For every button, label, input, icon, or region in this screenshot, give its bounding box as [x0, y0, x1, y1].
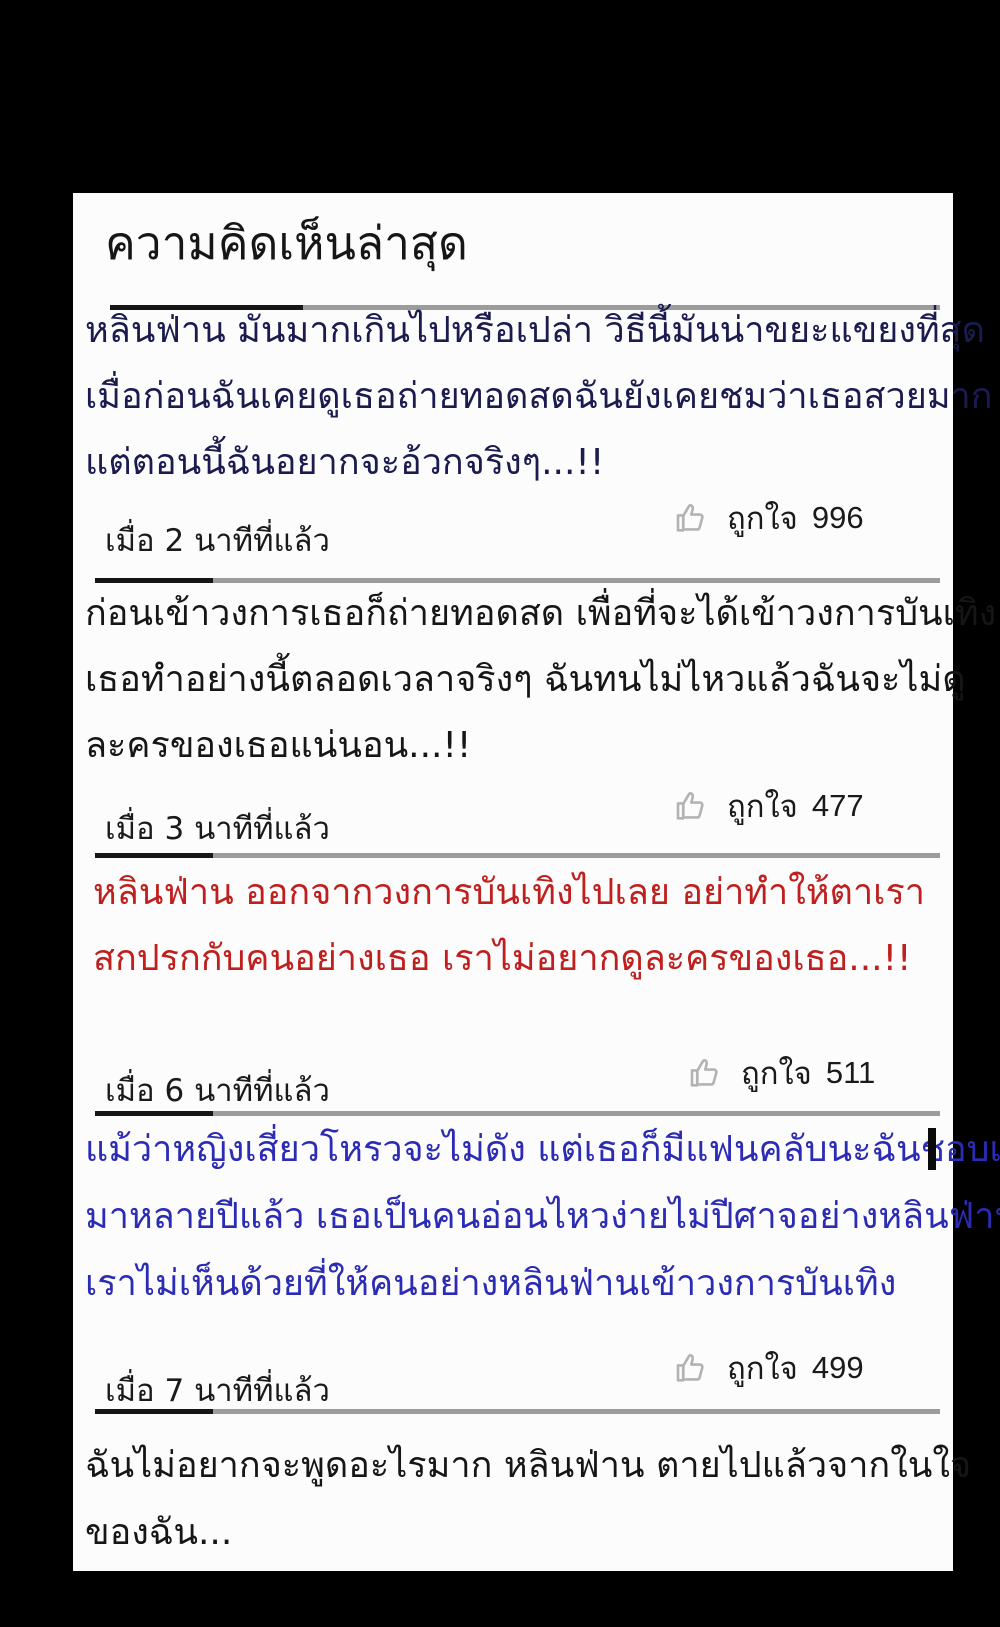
like-button[interactable]: ถูกใจ 511 [685, 1048, 875, 1098]
comment-line: ฉันไม่อยากจะพูดอะไรมาก หลินฟ่าน ตายไปแล้… [85, 1432, 945, 1499]
thumbs-up-icon [685, 1052, 727, 1094]
page-title: ความคิดเห็นล่าสุด [105, 207, 468, 280]
like-count: 511 [826, 1055, 875, 1091]
thumbs-up-icon [671, 1347, 713, 1389]
comment-divider [95, 1409, 940, 1414]
comment-line: เมื่อก่อนฉันเคยดูเธอถ่ายทอดสดฉันยังเคยชม… [85, 364, 945, 430]
panel-edge-artifact [928, 1128, 936, 1170]
comment-2-text: ก่อนเข้าวงการเธอก็ถ่ายทอดสด เพื่อที่จะได… [85, 581, 945, 779]
comment-5-text: ฉันไม่อยากจะพูดอะไรมาก หลินฟ่าน ตายไปแล้… [85, 1432, 945, 1566]
like-button[interactable]: ถูกใจ 996 [671, 493, 864, 543]
comment-timestamp: เมื่อ 7 นาทีที่แล้ว [105, 1365, 330, 1415]
comment-line: ละครของเธอแน่นอน...!! [85, 713, 945, 779]
comment-line: มาหลายปีแล้ว เธอเป็นคนอ่อนไหวง่ายไม่ปีศา… [85, 1183, 945, 1250]
comment-line: หลินฟ่าน ออกจากวงการบันเทิงไปเลย อย่าทำใ… [93, 860, 945, 926]
like-count: 996 [812, 500, 864, 536]
comment-line: สกปรกกับคนอย่างเธอ เราไม่อยากดูละครของเธ… [93, 926, 945, 992]
comment-line: เธอทำอย่างนี้ตลอดเวลาจริงๆ ฉันทนไม่ไหวแล… [85, 647, 945, 713]
comment-3-text: หลินฟ่าน ออกจากวงการบันเทิงไปเลย อย่าทำใ… [93, 860, 945, 992]
like-label: ถูกใจ [741, 1048, 812, 1098]
like-count: 477 [812, 788, 864, 824]
comment-1-text: หลินฟ่าน มันมากเกินไปหรือเปล่า วิธีนี้มั… [85, 298, 945, 496]
comment-line: ของฉัน... [85, 1499, 945, 1566]
thumbs-up-icon [671, 785, 713, 827]
like-label: ถูกใจ [727, 781, 798, 831]
comment-timestamp: เมื่อ 6 นาทีที่แล้ว [105, 1065, 330, 1115]
comment-divider [95, 853, 940, 858]
comment-line: แต่ตอนนี้ฉันอยากจะอ้วกจริงๆ...!! [85, 430, 945, 496]
screenshot-root: { "page": { "background": "#000000", "pa… [0, 0, 1000, 1627]
comment-line: แม้ว่าหญิงเสี่ยวโหรวจะไม่ดัง แต่เธอก็มีแ… [85, 1116, 945, 1183]
comment-line: หลินฟ่าน มันมากเกินไปหรือเปล่า วิธีนี้มั… [85, 298, 945, 364]
comment-line: ก่อนเข้าวงการเธอก็ถ่ายทอดสด เพื่อที่จะได… [85, 581, 945, 647]
like-button[interactable]: ถูกใจ 477 [671, 781, 864, 831]
like-label: ถูกใจ [727, 493, 798, 543]
thumbs-up-icon [671, 497, 713, 539]
like-label: ถูกใจ [727, 1343, 798, 1393]
like-count: 499 [812, 1350, 864, 1386]
comment-line: เราไม่เห็นด้วยที่ให้คนอย่างหลินฟ่านเข้าว… [85, 1250, 945, 1317]
comment-timestamp: เมื่อ 2 นาทีที่แล้ว [105, 515, 330, 565]
comment-timestamp: เมื่อ 3 นาทีที่แล้ว [105, 803, 330, 853]
comments-panel: ความคิดเห็นล่าสุด หลินฟ่าน มันมากเกินไปห… [73, 193, 953, 1571]
comment-4-text: แม้ว่าหญิงเสี่ยวโหรวจะไม่ดัง แต่เธอก็มีแ… [85, 1116, 945, 1317]
like-button[interactable]: ถูกใจ 499 [671, 1343, 864, 1393]
